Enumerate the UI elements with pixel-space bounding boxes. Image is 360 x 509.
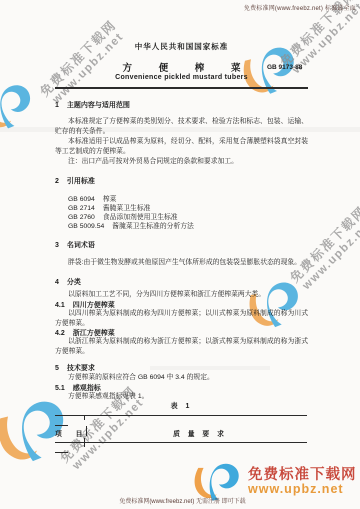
upbz-logo-name: 免费标准下载网 <box>248 468 357 483</box>
site-overlay-layer: 免费标准网(www.freebz.net) 标准最全面 免费标准下载网 www.… <box>0 0 360 509</box>
upbz-logo-url[interactable]: www.upbz.net <box>248 483 357 496</box>
document-page: 免费标准下载网 www.upbz.net 免费标准下载网 www.upbz.ne… <box>0 0 360 509</box>
top-site-banner[interactable]: 免费标准网(www.freebz.net) 标准最全面 <box>244 3 356 12</box>
bottom-site-banner[interactable]: 免费标准网(www.freebz.net) 无需注册 即可下载 <box>100 496 265 505</box>
upbz-logo-text: 免费标准下载网 www.upbz.net <box>248 468 357 496</box>
